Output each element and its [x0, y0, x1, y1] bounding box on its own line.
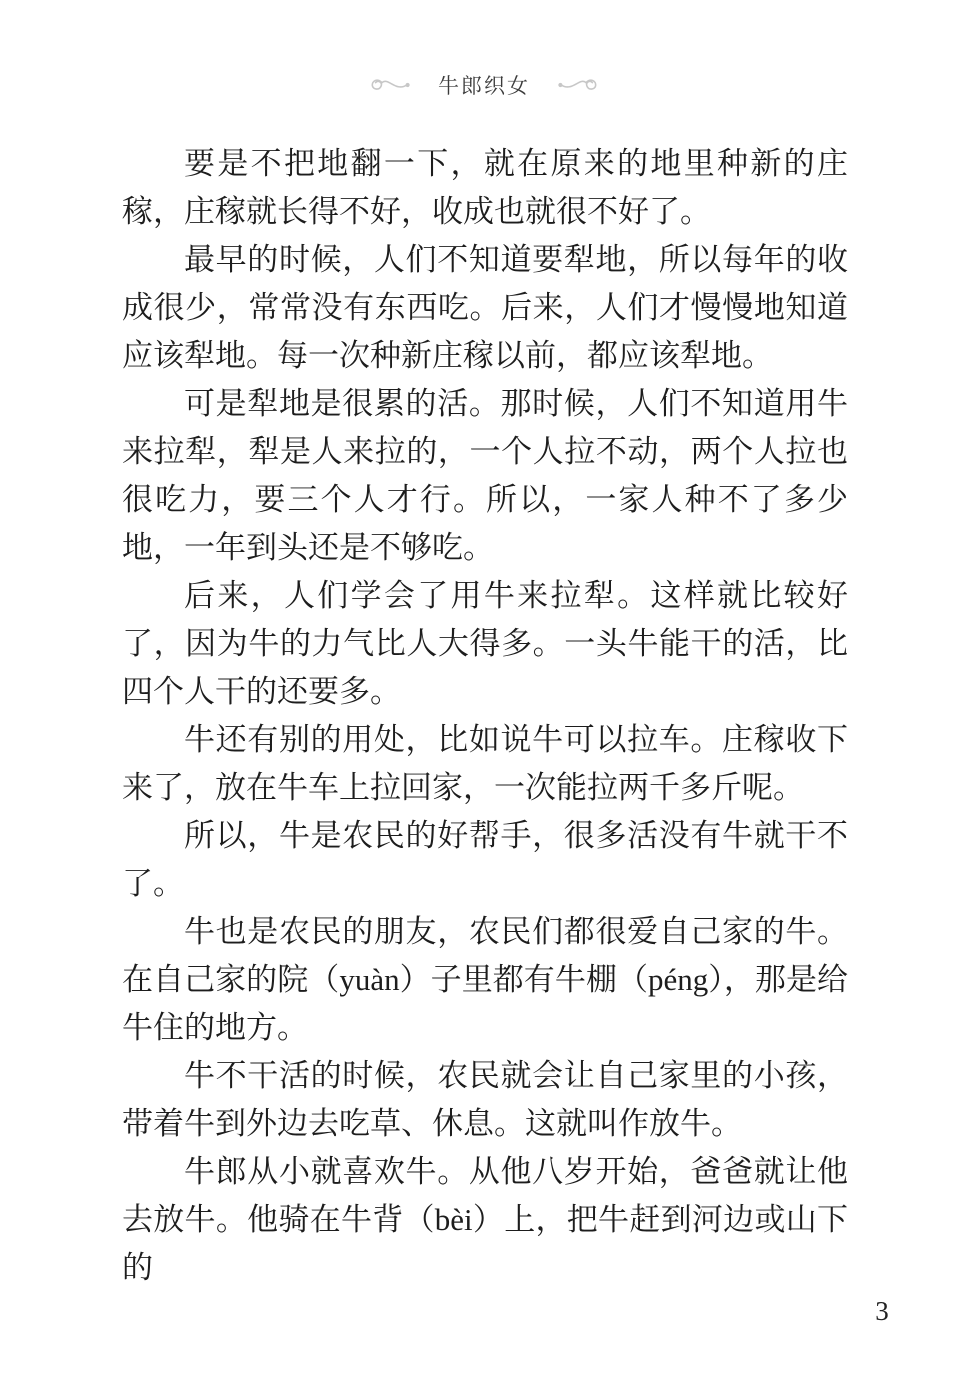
paragraph: 牛不干活的时候，农民就会让自己家里的小孩，带着牛到外边去吃草、休息。这就叫作放牛…: [122, 1052, 848, 1148]
paragraph: 最早的时候，人们不知道要犁地，所以每年的收成很少，常常没有东西吃。后来，人们才慢…: [122, 236, 848, 380]
left-flourish-icon: [370, 73, 418, 97]
paragraph: 牛也是农民的朋友，农民们都很爱自己家的牛。在自己家的院（yuàn）子里都有牛棚（…: [122, 908, 848, 1052]
page-header-title: 牛郎织女: [438, 70, 530, 100]
paragraph: 所以，牛是农民的好帮手，很多活没有牛就干不了。: [122, 812, 848, 908]
paragraph: 可是犁地是很累的活。那时候，人们不知道用牛来拉犁，犁是人来拉的，一个人拉不动，两…: [122, 380, 848, 572]
paragraph: 后来，人们学会了用牛来拉犁。这样就比较好了，因为牛的力气比人大得多。一头牛能干的…: [122, 572, 848, 716]
page-number: 3: [862, 1296, 902, 1327]
story-text: 要是不把地翻一下，就在原来的地里种新的庄稼，庄稼就长得不好，收成也就很不好了。 …: [122, 140, 848, 1292]
paragraph: 要是不把地翻一下，就在原来的地里种新的庄稼，庄稼就长得不好，收成也就很不好了。: [122, 140, 848, 236]
page-header: 牛郎织女: [0, 70, 968, 100]
paragraph: 牛还有别的用处，比如说牛可以拉车。庄稼收下来了，放在牛车上拉回家，一次能拉两千多…: [122, 716, 848, 812]
right-flourish-icon: [550, 73, 598, 97]
paragraph: 牛郎从小就喜欢牛。从他八岁开始，爸爸就让他去放牛。他骑在牛背（bèi）上，把牛赶…: [122, 1148, 848, 1292]
book-page: 牛郎织女 要是不把地翻一下，就在原来的地里种新的庄稼，庄稼就长得不好，收成也就很…: [0, 0, 968, 1399]
